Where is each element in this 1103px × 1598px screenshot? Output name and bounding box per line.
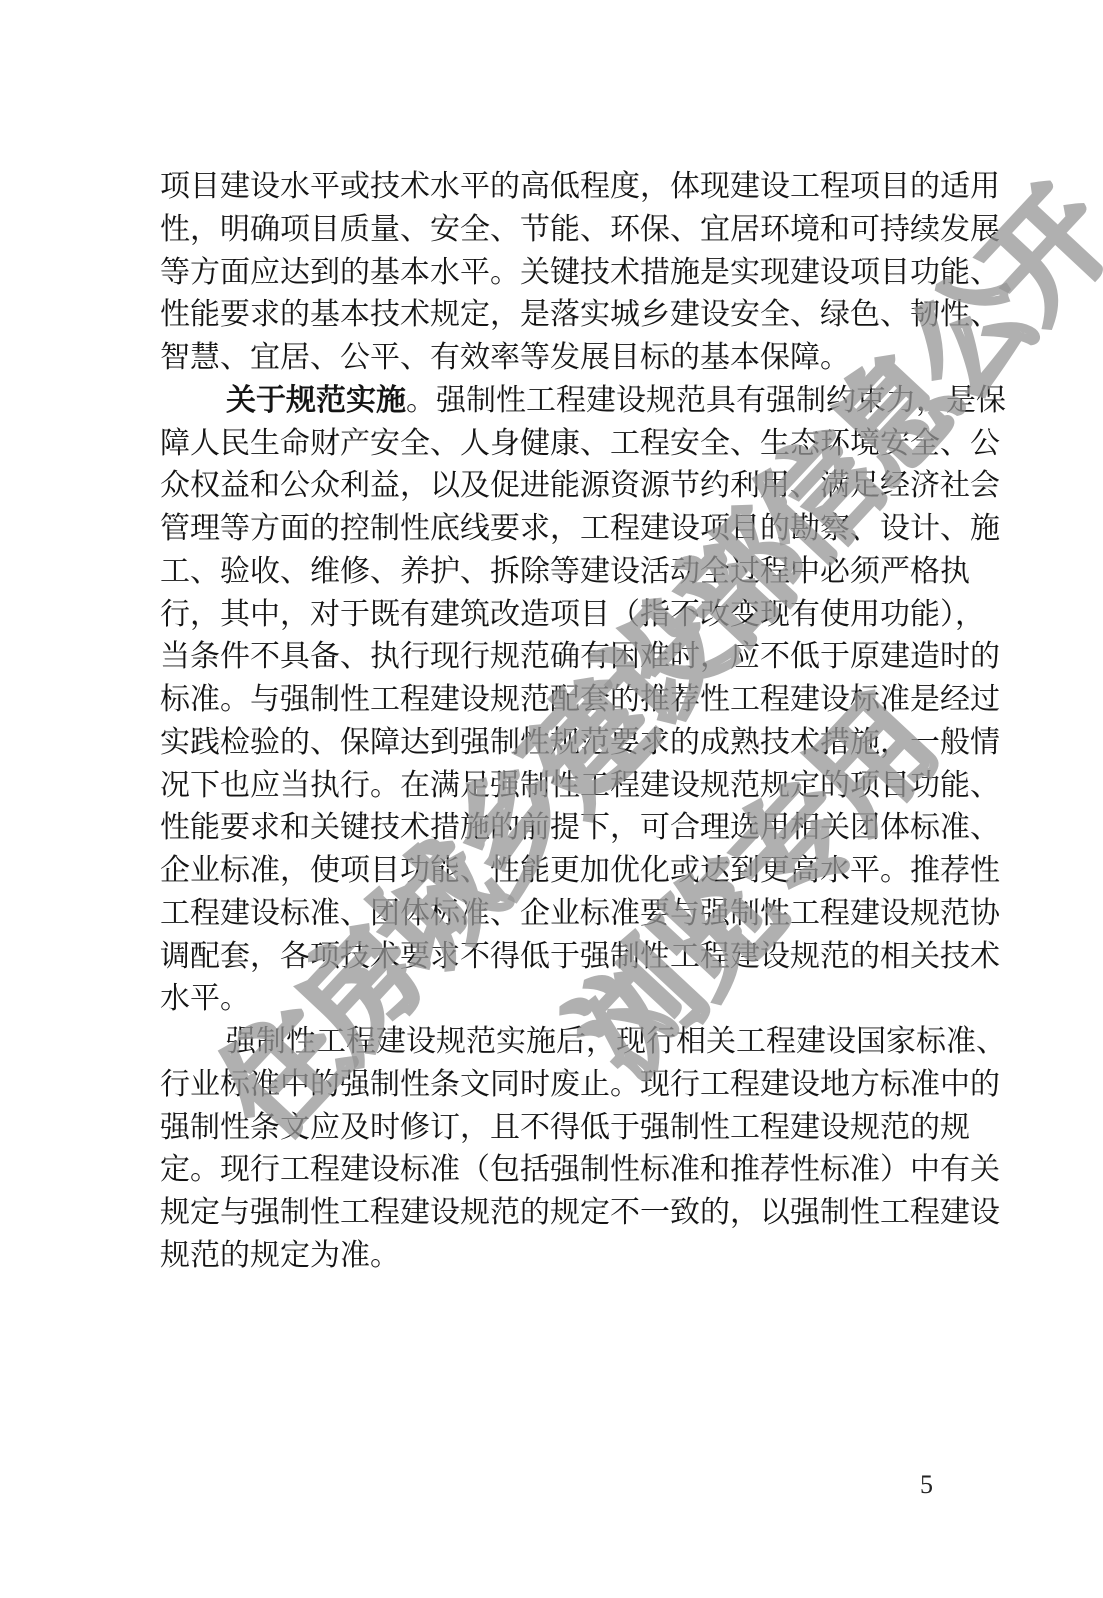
text-line: 规范的规定为准。: [160, 1235, 964, 1278]
text-line: 企业标准，使项目功能、性能更加优化或达到更高水平。推荐性: [160, 850, 964, 893]
text-line: 强制性条文应及时修订，且不得低于强制性工程建设规范的规: [160, 1107, 964, 1150]
text-line: 障人民生命财产安全、人身健康、工程安全、生态环境安全、公: [160, 423, 964, 466]
text-line: 项目建设水平或技术水平的高低程度，体现建设工程项目的适用: [160, 166, 964, 209]
text-line: 性能要求和关键技术措施的前提下，可合理选用相关团体标准、: [160, 807, 964, 850]
text-line: 智慧、宜居、公平、有效率等发展目标的基本保障。: [160, 337, 964, 380]
text-line: 标准。与强制性工程建设规范配套的推荐性工程建设标准是经过: [160, 679, 964, 722]
text-line: 工程建设标准、团体标准、企业标准要与强制性工程建设规范协: [160, 893, 964, 936]
paragraph-start-line: 关于规范实施。强制性工程建设规范具有强制约束力，是保: [160, 380, 964, 423]
text-line: 等方面应达到的基本水平。关键技术措施是实现建设项目功能、: [160, 252, 964, 295]
text-line: 实践检验的、保障达到强制性规范要求的成熟技术措施，一般情: [160, 722, 964, 765]
text-line: 当条件不具备、执行现行规范确有困难时，应不低于原建造时的: [160, 636, 964, 679]
text-line: 性能要求的基本技术规定，是落实城乡建设安全、绿色、韧性、: [160, 294, 964, 337]
text-line: 工、验收、维修、养护、拆除等建设活动全过程中必须严格执: [160, 551, 964, 594]
text-line: 水平。: [160, 978, 964, 1021]
text-span: 。强制性工程建设规范具有强制约束力，是保: [406, 383, 1006, 418]
text-line: 调配套，各项技术要求不得低于强制性工程建设规范的相关技术: [160, 936, 964, 979]
text-line: 行，其中，对于既有建筑改造项目（指不改变现有使用功能），: [160, 594, 964, 637]
body-text: 项目建设水平或技术水平的高低程度，体现建设工程项目的适用 性，明确项目质量、安全…: [160, 166, 964, 1278]
text-line: 规定与强制性工程建设规范的规定不一致的，以强制性工程建设: [160, 1192, 964, 1235]
page-number: 5: [920, 1470, 933, 1500]
text-line: 管理等方面的控制性底线要求，工程建设项目的勘察、设计、施: [160, 508, 964, 551]
text-line: 行业标准中的强制性条文同时废止。现行工程建设地方标准中的: [160, 1064, 964, 1107]
paragraph-start-line: 强制性工程建设规范实施后，现行相关工程建设国家标准、: [160, 1021, 964, 1064]
text-line: 况下也应当执行。在满足强制性工程建设规范规定的项目功能、: [160, 765, 964, 808]
document-page: 项目建设水平或技术水平的高低程度，体现建设工程项目的适用 性，明确项目质量、安全…: [0, 0, 1103, 1598]
text-line: 定。现行工程建设标准（包括强制性标准和推荐性标准）中有关: [160, 1149, 964, 1192]
text-line: 性，明确项目质量、安全、节能、环保、宜居环境和可持续发展: [160, 209, 964, 252]
text-line: 众权益和公众利益，以及促进能源资源节约利用、满足经济社会: [160, 465, 964, 508]
section-heading-inline: 关于规范实施: [226, 383, 406, 418]
